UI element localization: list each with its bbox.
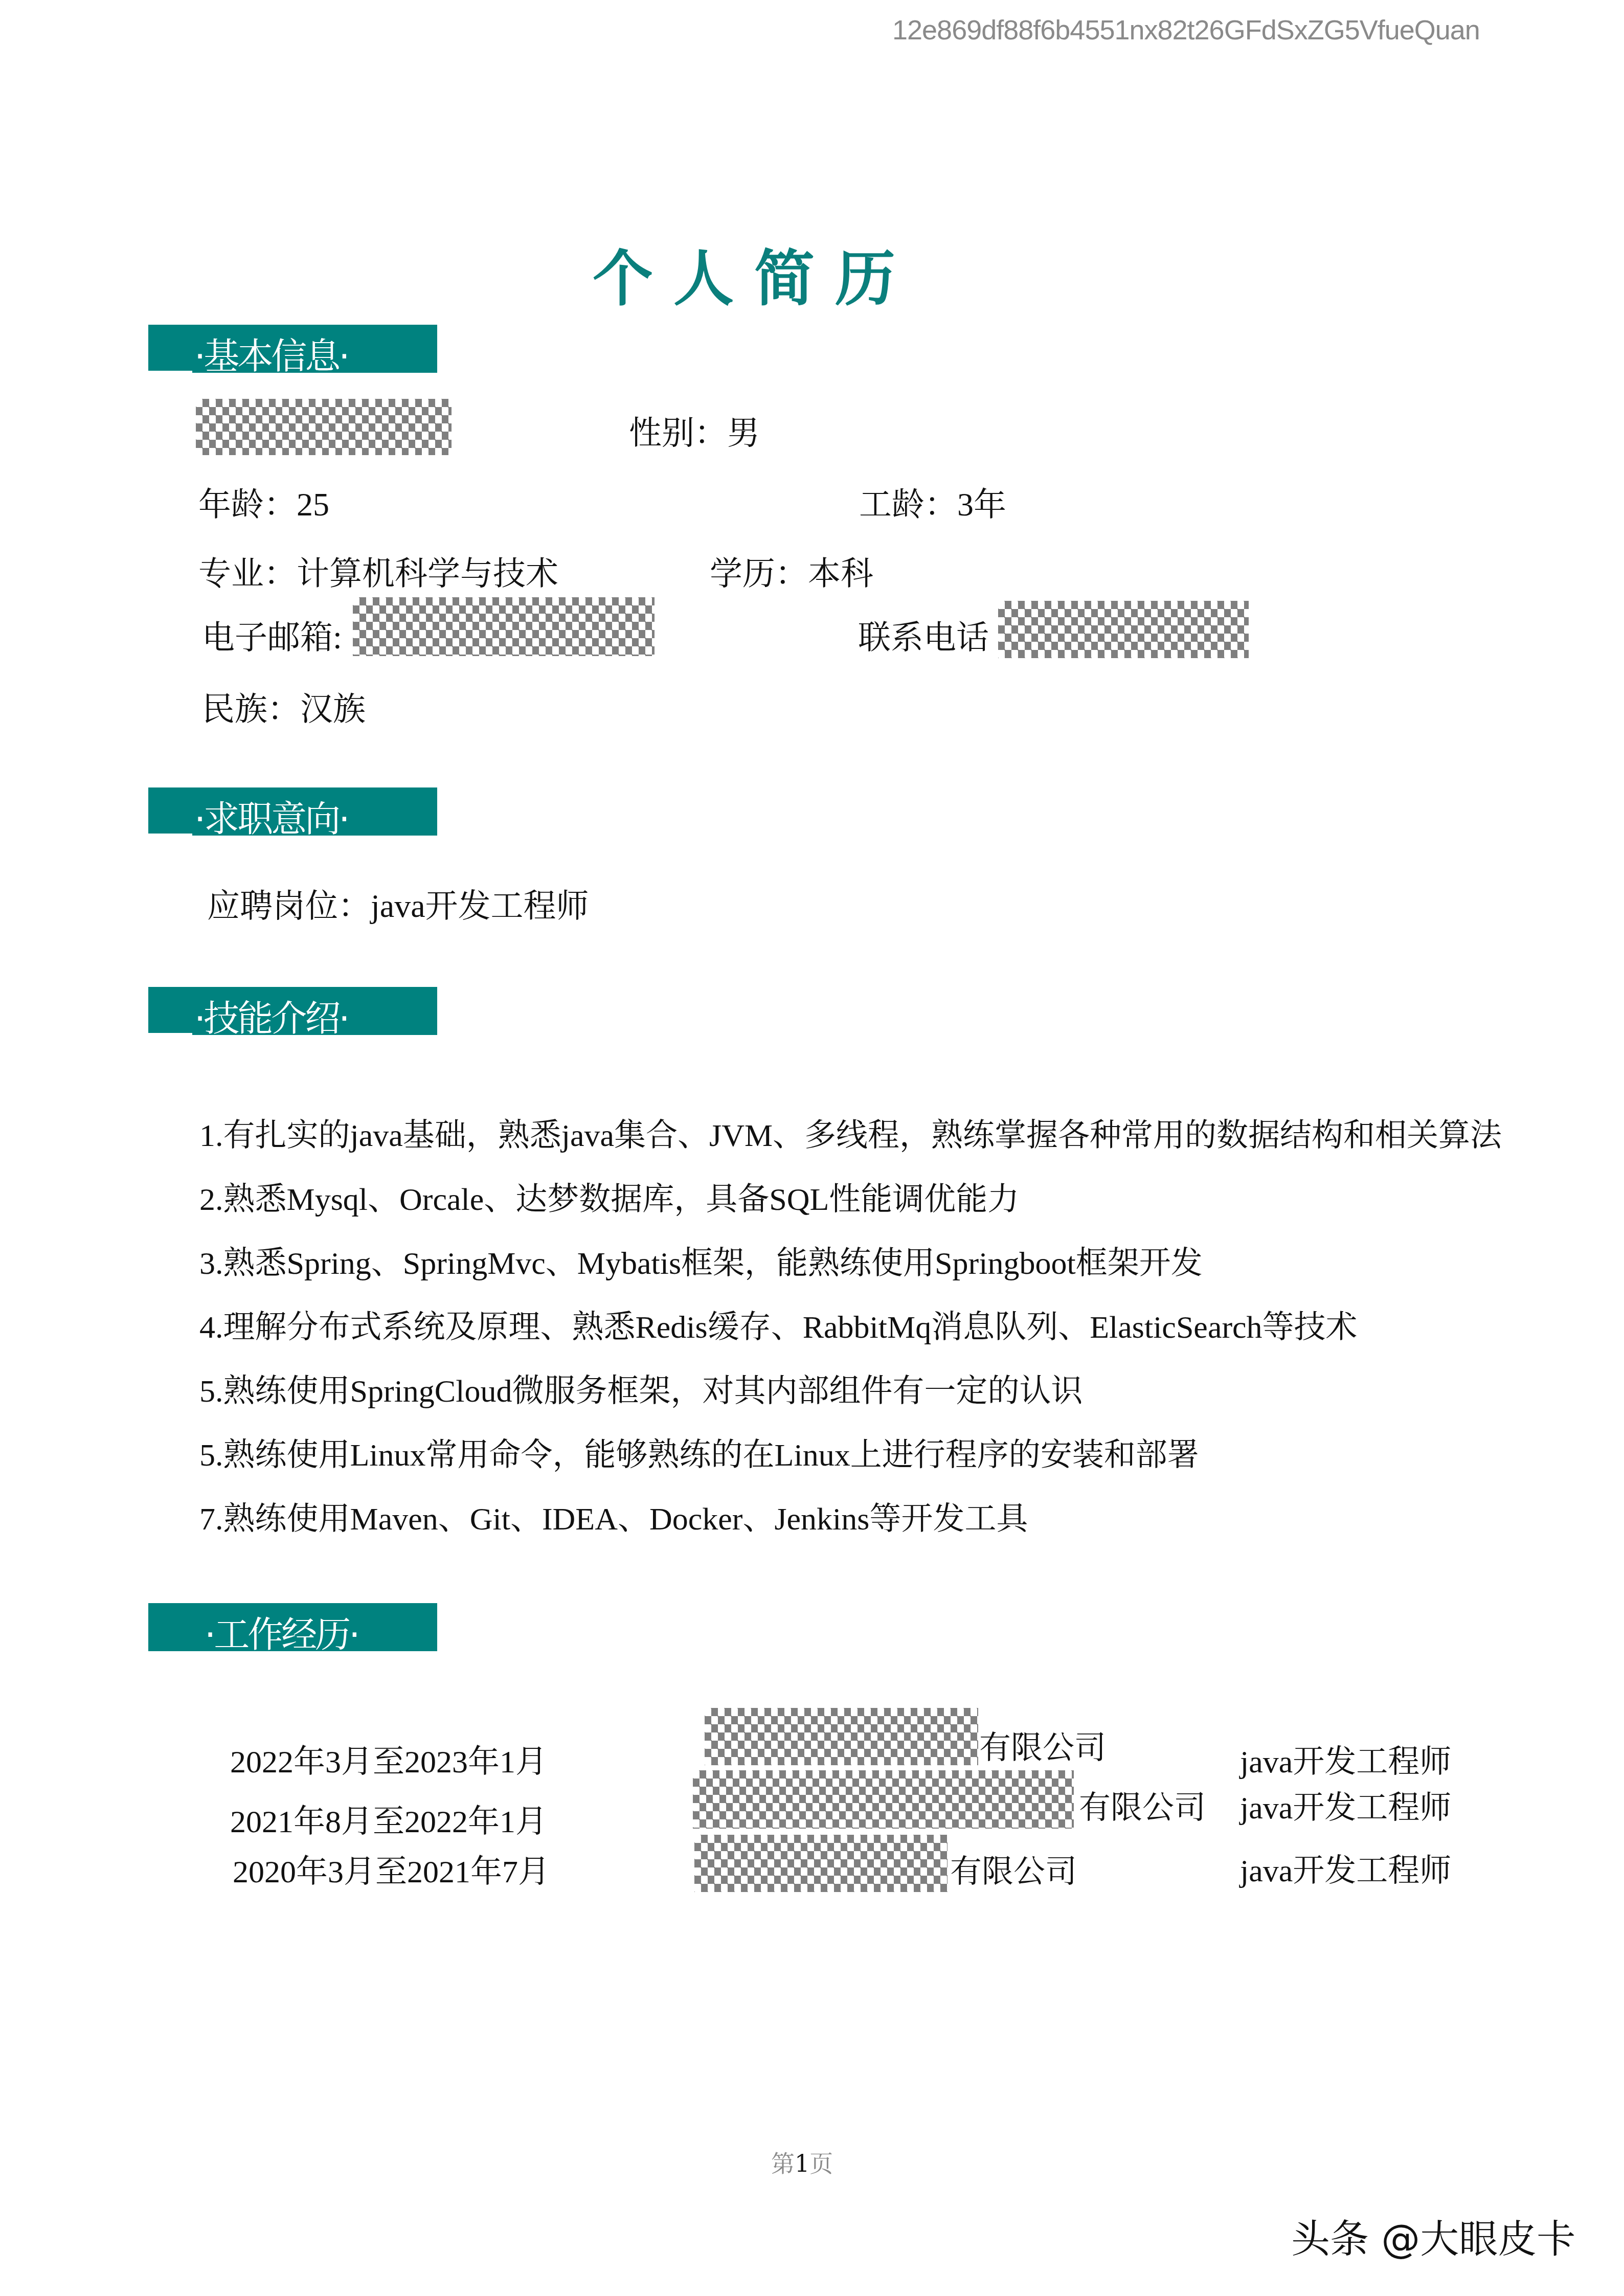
section-header-basic-info: ·基本信息· (148, 325, 437, 373)
section-underline (148, 834, 192, 837)
brand-watermark: 头条 @大眼皮卡 (1291, 2208, 1575, 2264)
work-period: 2020年3月至2021年7月 (233, 1846, 550, 1892)
section-header-job-intent: ·求职意向· (148, 787, 437, 836)
skill-item: 3.熟悉Spring、SpringMvc、Mybatis框架，能熟练使用Spri… (199, 1237, 1203, 1283)
company-suffix: 有限公司 (950, 1846, 1077, 1892)
work-role: java开发工程师 (1240, 1845, 1451, 1890)
page-value: 1 (795, 2150, 809, 2177)
phone-redacted (998, 601, 1249, 658)
gender-field: 性别：男 (629, 407, 760, 454)
company-redacted (693, 1770, 1074, 1829)
company-redacted (694, 1835, 948, 1892)
company-suffix: 有限公司 (1079, 1782, 1206, 1828)
work-role: java开发工程师 (1240, 1736, 1451, 1782)
email-label: 电子邮箱: (202, 611, 342, 658)
section-underline (148, 1033, 192, 1036)
position-field: 应聘岗位：java开发工程师 (207, 880, 589, 927)
document-id: 12e869df88f6b4551nx82t26GFdSxZG5VfueQuan (892, 14, 1480, 46)
section-label: ·基本信息· (194, 328, 348, 379)
company-suffix: 有限公司 (979, 1722, 1106, 1768)
page-prefix: 第 (771, 2150, 795, 2177)
work-role: java开发工程师 (1240, 1782, 1451, 1828)
section-header-work-history: ·工作经历· (148, 1603, 437, 1651)
work-years-field: 工龄：3年 (859, 478, 1006, 525)
work-period: 2022年3月至2023年1月 (230, 1736, 547, 1782)
email-redacted (353, 597, 655, 656)
skill-item: 4.理解分布式系统及原理、熟悉Redis缓存、RabbitMq消息队列、Elas… (199, 1301, 1358, 1347)
page-suffix: 页 (809, 2150, 833, 2177)
work-period: 2021年8月至2022年1月 (230, 1796, 547, 1841)
major-field: 专业：计算机科学与技术 (198, 547, 558, 594)
age-field: 年龄：25 (198, 478, 329, 525)
section-label: ·求职意向· (194, 791, 348, 842)
skill-item: 1.有扎实的java基础，熟悉java集合、JVM、多线程，熟练掌握各种常用的数… (199, 1110, 1502, 1155)
section-header-skills: ·技能介绍· (148, 987, 437, 1035)
ethnicity-field: 民族：汉族 (202, 683, 366, 730)
page-number: 第1页 (771, 2145, 833, 2179)
section-label: ·技能介绍· (194, 990, 348, 1042)
skill-item: 5.熟练使用Linux常用命令，能够熟练的在Linux上进行程序的安装和部署 (199, 1429, 1199, 1475)
skill-item: 5.熟练使用SpringCloud微服务框架，对其内部组件有一定的认识 (199, 1365, 1082, 1411)
phone-label: 联系电话 (858, 611, 989, 658)
skill-item: 2.熟悉Mysql、Orcale、达梦数据库，具备SQL性能调优能力 (199, 1174, 1019, 1219)
skill-item: 7.熟练使用Maven、Git、IDEA、Docker、Jenkins等开发工具 (199, 1493, 1028, 1539)
section-underline (148, 371, 192, 374)
company-redacted (705, 1708, 978, 1765)
section-label: ·工作经历· (205, 1606, 358, 1658)
page-title: 个人简历 (0, 230, 1508, 317)
name-redacted (196, 399, 452, 455)
education-field: 学历：本科 (710, 547, 873, 594)
